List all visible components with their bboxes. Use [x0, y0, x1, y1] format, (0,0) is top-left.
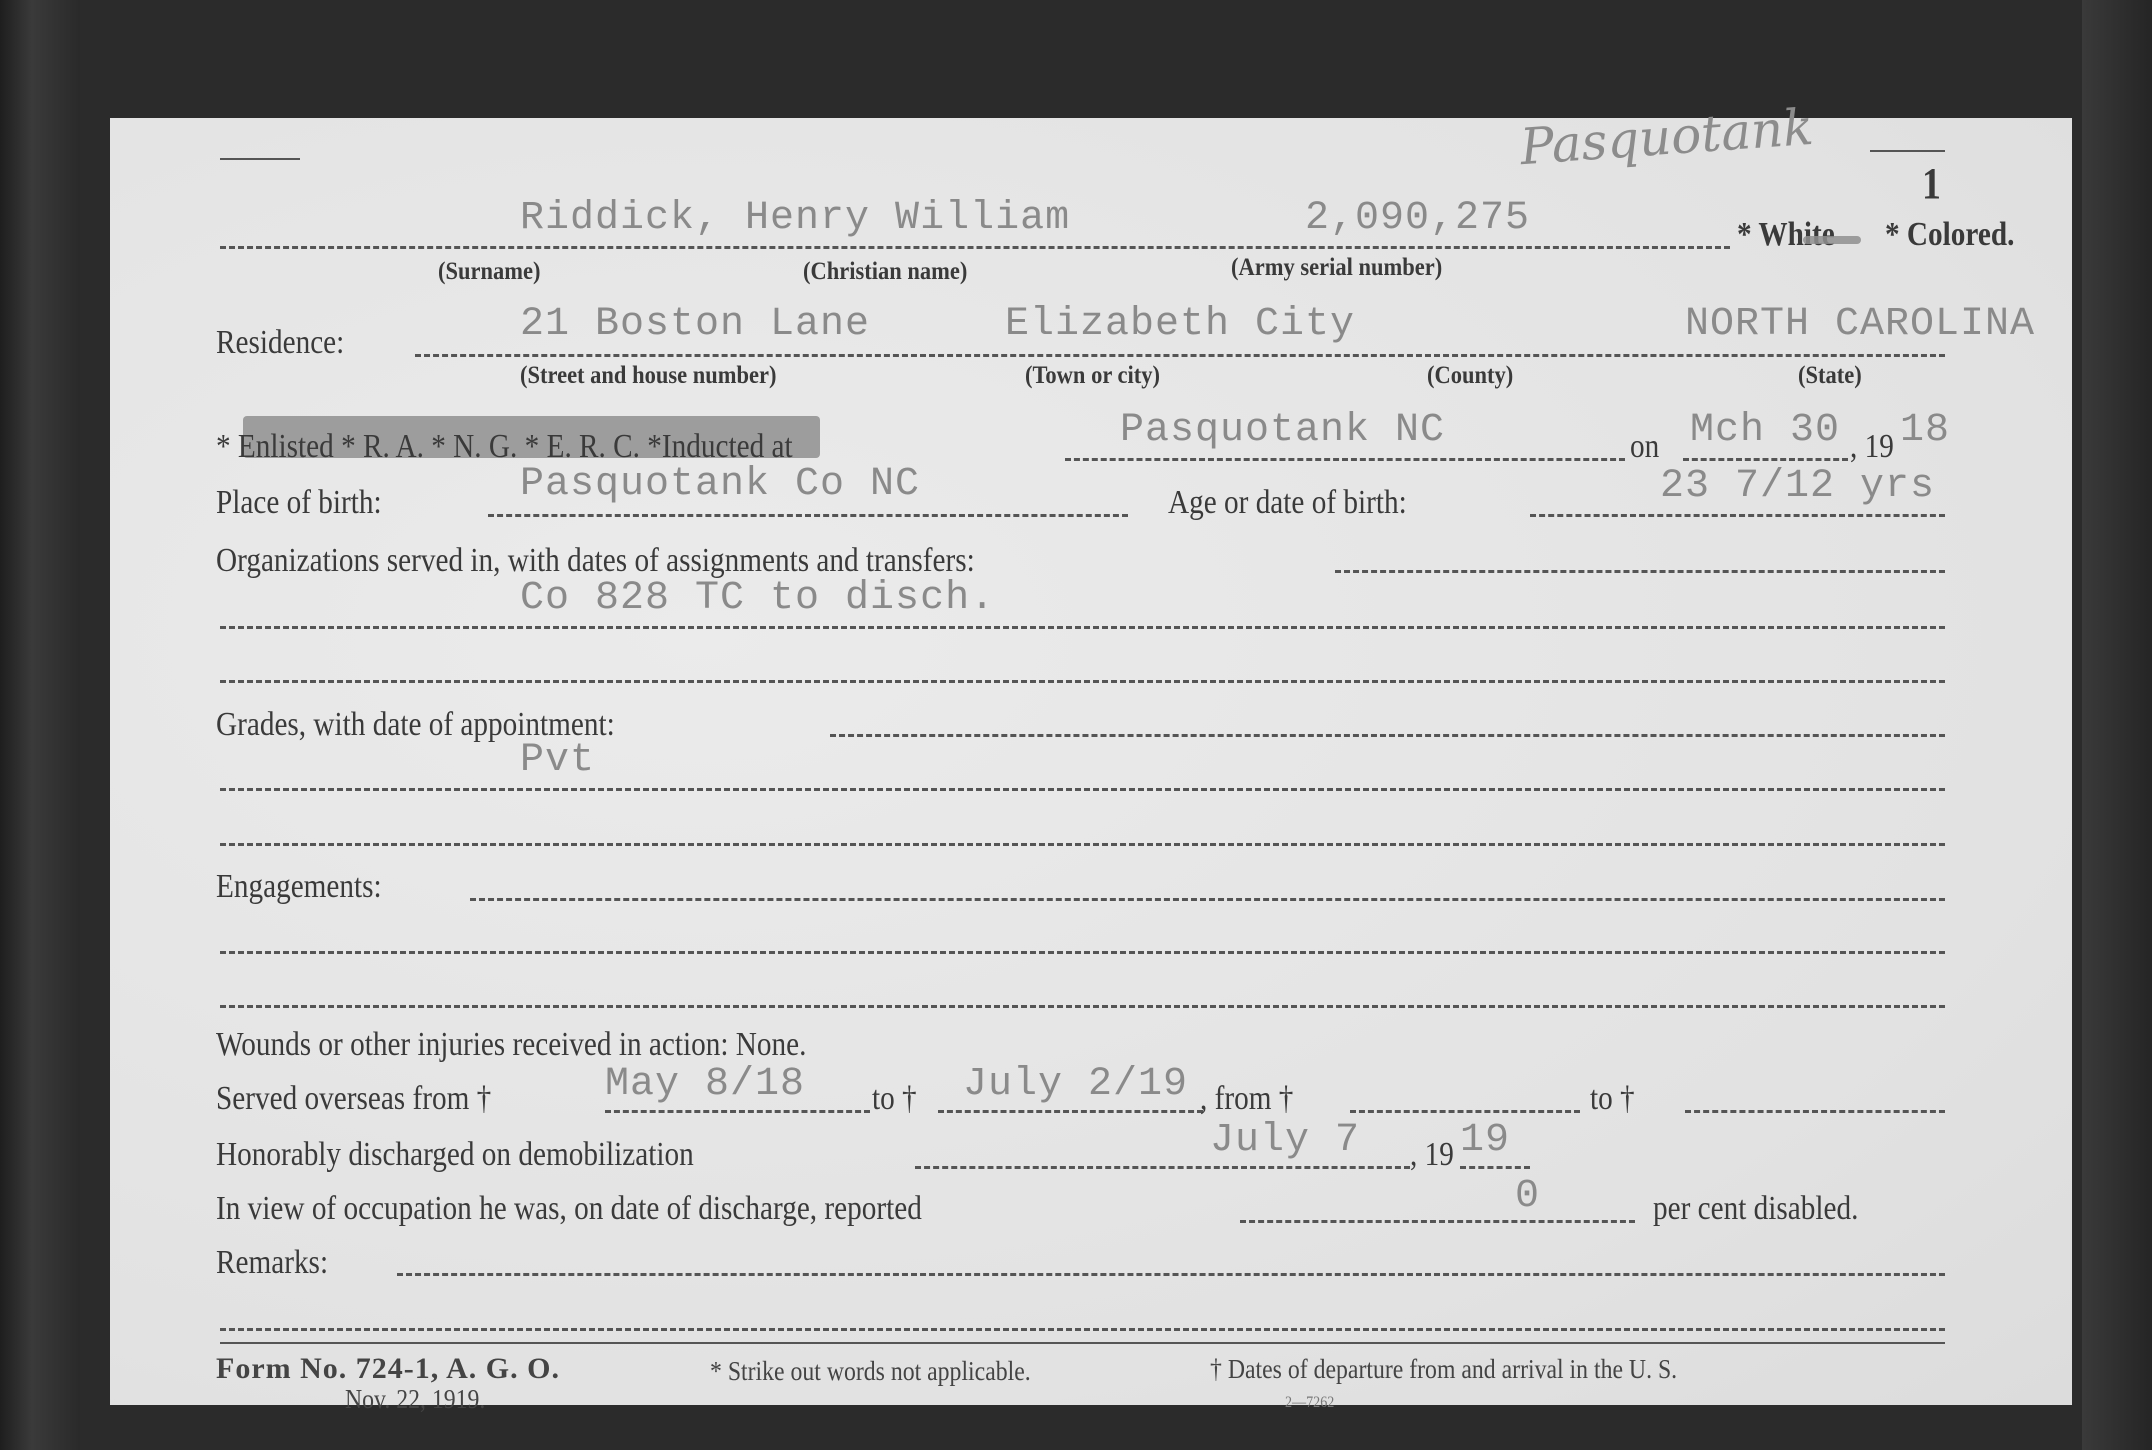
overseas-label: Served overseas from †: [216, 1080, 491, 1118]
white-strikeout: [1803, 236, 1861, 244]
engagements-line-1: [220, 951, 1945, 954]
remarks-line-2: [220, 1328, 1945, 1331]
overseas-to-1: July 2/19: [963, 1062, 1188, 1107]
discharge-year: 19: [1460, 1118, 1510, 1163]
age-line: [1530, 514, 1945, 517]
race-colored: * Colored.: [1885, 216, 2014, 254]
grades-line-0: [830, 734, 1945, 737]
county-handwritten: Pasquotank: [1518, 98, 1815, 176]
wounds-label: Wounds or other injuries received in act…: [216, 1026, 806, 1064]
overseas-from-2-line: [1350, 1110, 1580, 1113]
overseas-to-1-line: [938, 1110, 1203, 1113]
birth-place: Pasquotank Co NC: [520, 462, 920, 507]
overseas-to-2-label: to †: [1590, 1080, 1635, 1118]
organizations-line-2: [220, 680, 1945, 683]
residence-line: [415, 354, 1945, 357]
caption-serial: (Army serial number): [1231, 254, 1442, 282]
discharge-year-line: [1460, 1166, 1530, 1169]
residence-town: Elizabeth City: [1005, 302, 1355, 347]
organizations-label: Organizations served in, with dates of a…: [216, 542, 975, 580]
engagements-label: Engagements:: [216, 868, 382, 906]
grades-entry: Pvt: [520, 738, 595, 783]
scanner-background-left: [0, 0, 80, 1450]
disability-percent: 0: [1515, 1174, 1540, 1219]
serial-number: 2,090,275: [1305, 196, 1530, 241]
caption-christian-name: (Christian name): [803, 258, 967, 286]
caption-surname: (Surname): [438, 258, 541, 286]
disability-suffix: per cent disabled.: [1653, 1190, 1858, 1228]
induction-date-line: [1683, 458, 1848, 461]
residence-label: Residence:: [216, 324, 344, 362]
service-record-card: Pasquotank 1 Riddick, Henry William 2,09…: [110, 118, 2072, 1405]
overseas-from-1-line: [605, 1110, 870, 1113]
form-number: Form No. 724-1, A. G. O.: [216, 1352, 560, 1386]
race-white: * White: [1737, 216, 1835, 254]
caption-street: (Street and house number): [520, 362, 776, 390]
note-dates: † Dates of departure from and arrival in…: [1210, 1354, 1677, 1385]
note-strike-out: * Strike out words not applicable.: [710, 1356, 1031, 1387]
residence-street: 21 Boston Lane: [520, 302, 870, 347]
overseas-from-1: May 8/18: [605, 1062, 805, 1107]
remarks-line-1: [397, 1273, 1945, 1276]
discharge-label: Honorably discharged on demobilization: [216, 1136, 694, 1174]
induction-date: Mch 30: [1690, 408, 1840, 453]
organizations-entry: Co 828 TC to disch.: [520, 576, 995, 621]
corner-rule: [220, 158, 300, 160]
caption-state: (State): [1798, 362, 1862, 390]
overseas-to-2-line: [1685, 1110, 1945, 1113]
disability-label: In view of occupation he was, on date of…: [216, 1190, 922, 1228]
induction-year: 18: [1900, 408, 1950, 453]
footer-rule: [220, 1342, 1945, 1344]
caption-county: (County): [1427, 362, 1513, 390]
grades-line-1: [220, 788, 1945, 791]
scanner-background-right: [2082, 0, 2152, 1450]
grades-line-2: [220, 843, 1945, 846]
name-line: [220, 246, 1730, 249]
remarks-label: Remarks:: [216, 1244, 328, 1282]
discharge-date: July 7: [1210, 1118, 1360, 1163]
age-value: 23 7/12 yrs: [1660, 464, 1935, 509]
age-label: Age or date of birth:: [1168, 484, 1407, 522]
caption-town: (Town or city): [1025, 362, 1160, 390]
induction-options: * Enlisted * R. A. * N. G. * E. R. C. *I…: [216, 428, 793, 466]
card-number: 1: [1922, 158, 1941, 209]
organizations-line-1: [220, 626, 1945, 629]
card-number-rule: [1870, 150, 1945, 152]
engagements-line-2: [220, 1005, 1945, 1008]
birth-place-label: Place of birth:: [216, 484, 382, 522]
race-white-label: * White: [1737, 216, 1835, 253]
discharge-date-line: [915, 1166, 1410, 1169]
induction-place: Pasquotank NC: [1120, 408, 1445, 453]
induction-year-prefix: , 19: [1850, 428, 1894, 466]
induction-place-line: [1065, 458, 1625, 461]
birth-place-line: [488, 514, 1128, 517]
induction-on-label: on: [1630, 428, 1659, 466]
print-code: 2—7262: [1285, 1394, 1334, 1412]
engagements-line-0: [470, 898, 1945, 901]
residence-state: NORTH CAROLINA: [1685, 302, 2035, 347]
organizations-line-0: [1335, 570, 1945, 573]
name-typed: Riddick, Henry William: [520, 196, 1070, 241]
disability-line: [1240, 1220, 1635, 1223]
overseas-from-2-label: , from †: [1200, 1080, 1293, 1118]
overseas-to-label: to †: [872, 1080, 917, 1118]
form-date: Nov. 22, 1919.: [345, 1384, 485, 1415]
discharge-year-prefix: , 19: [1410, 1136, 1454, 1174]
